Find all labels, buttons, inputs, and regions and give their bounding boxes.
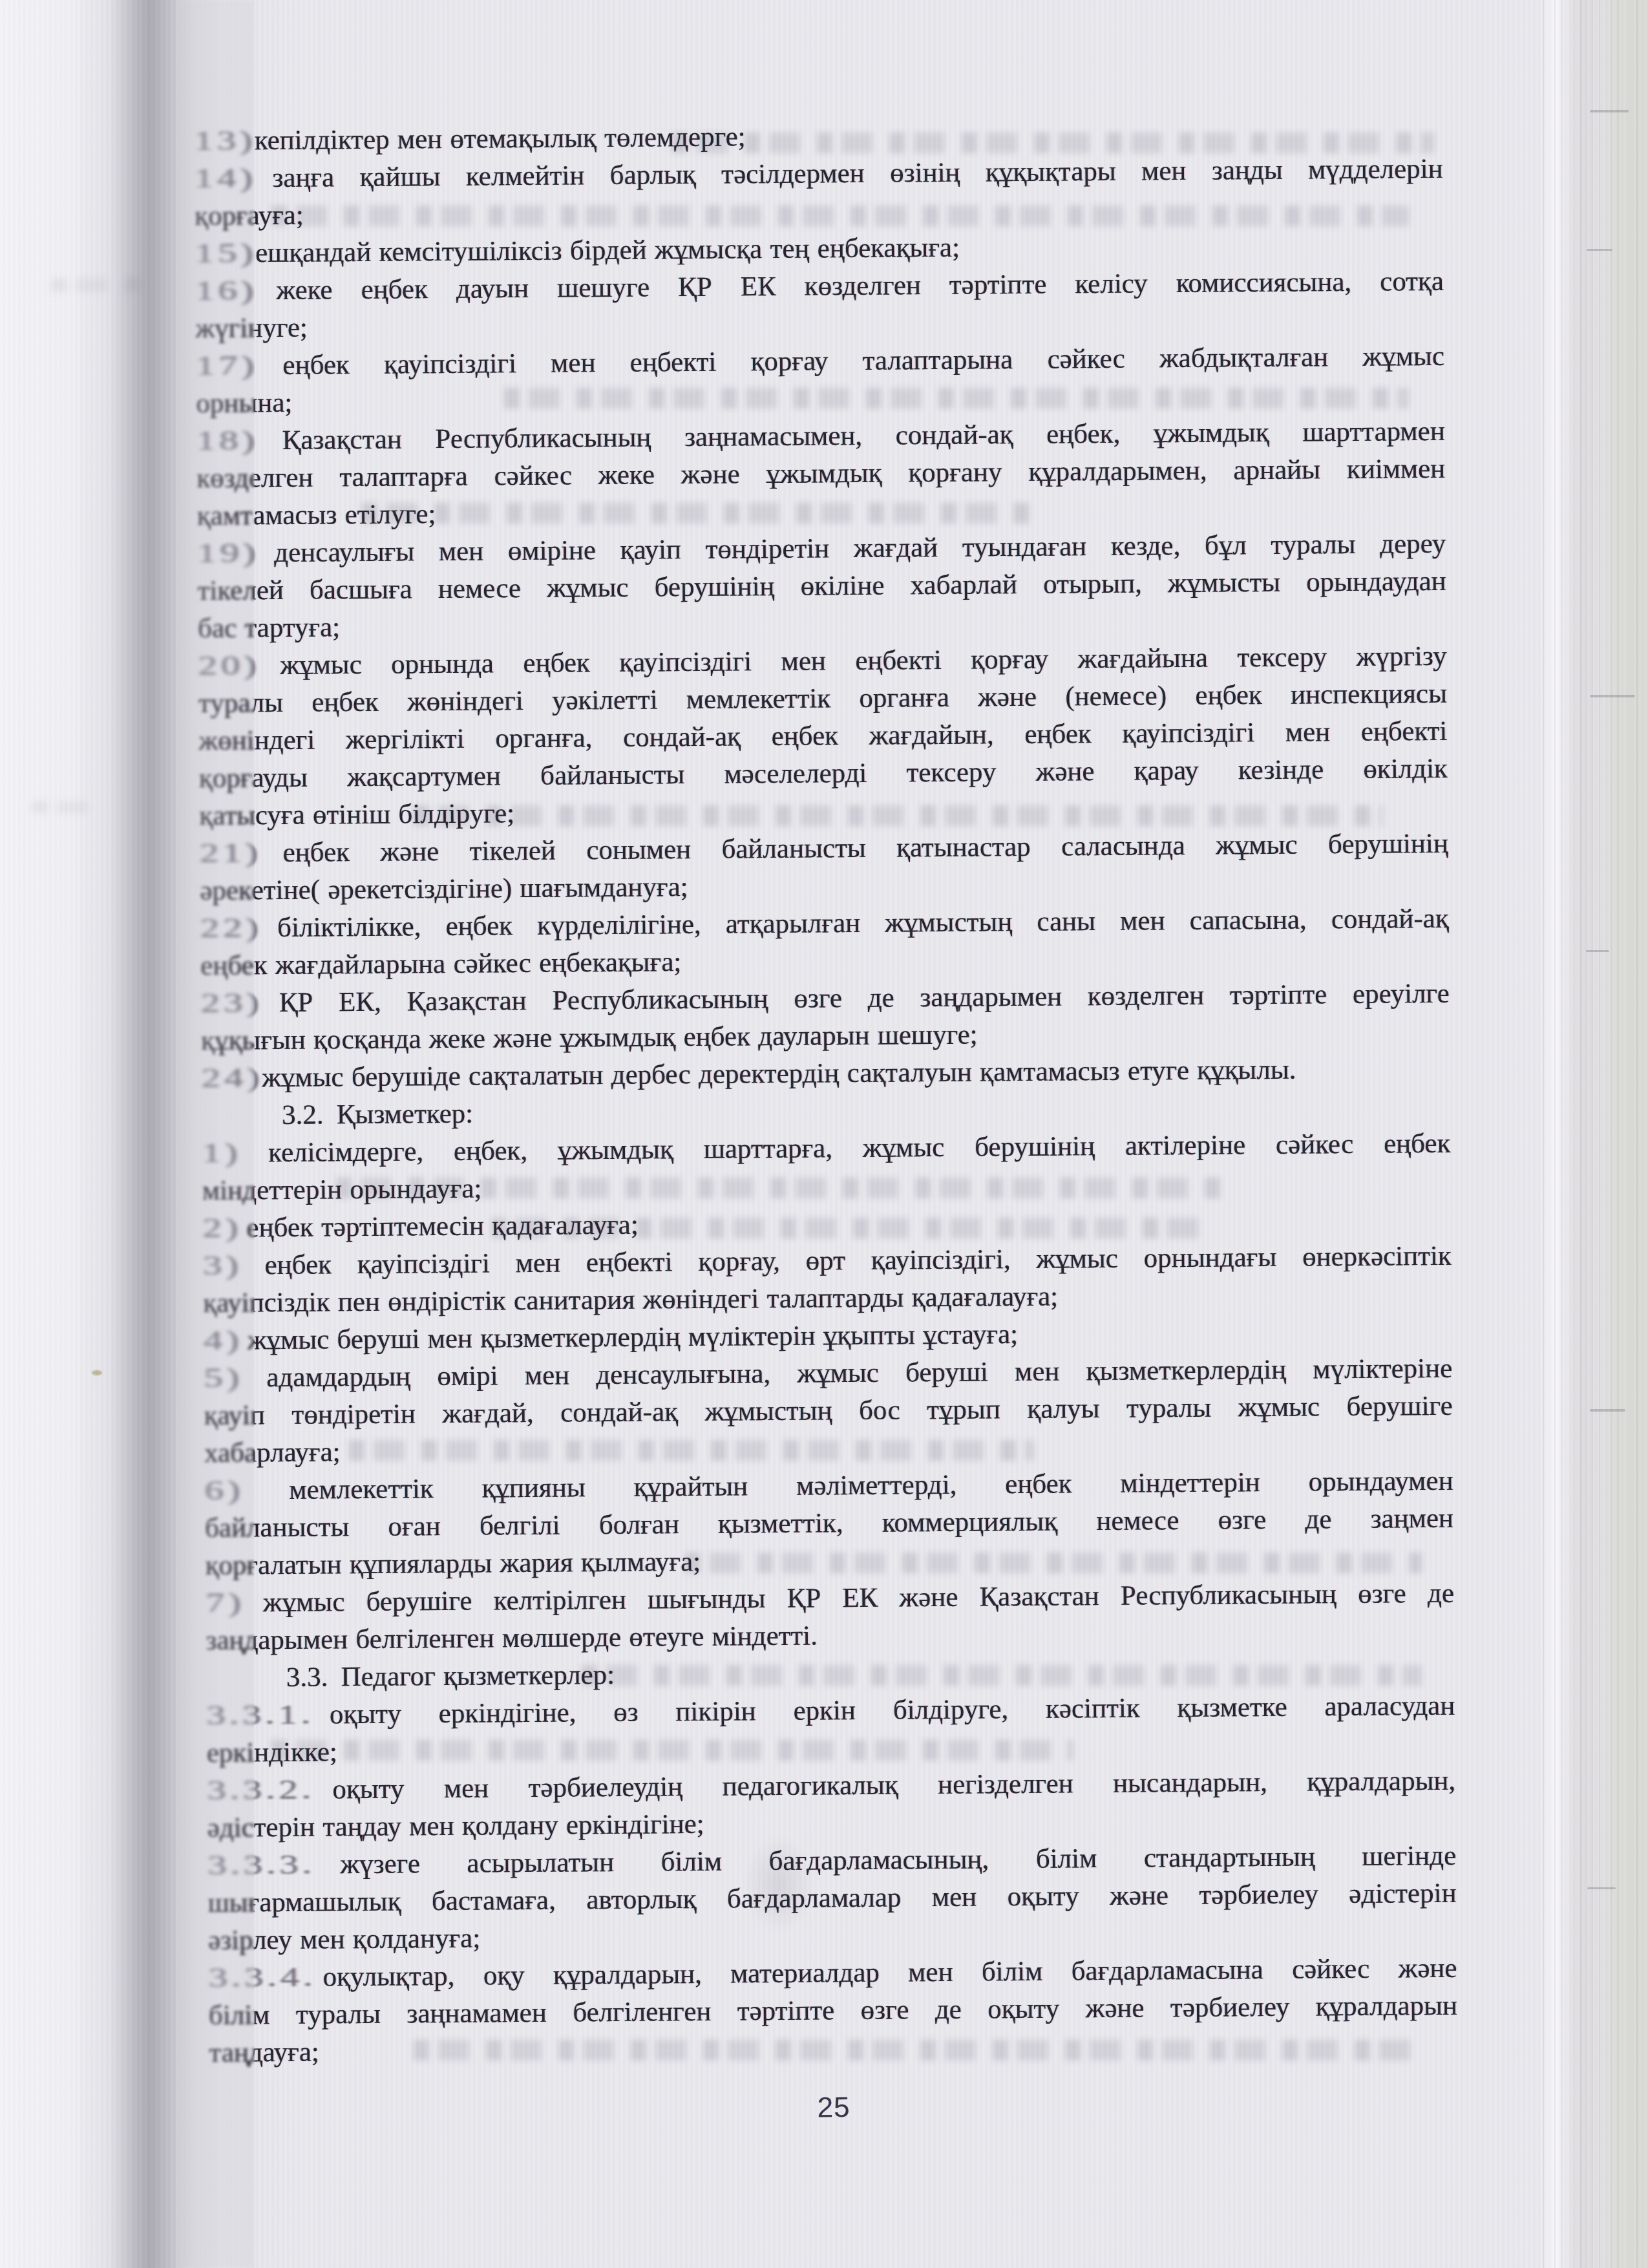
item-number: 3.3.2. bbox=[207, 1772, 315, 1810]
item-number: 7) bbox=[206, 1584, 245, 1622]
edge-scratch bbox=[1587, 1887, 1616, 1889]
item-number: 16) bbox=[195, 272, 257, 310]
list-item: 23) ҚР ЕК, Қазақстан Республикасының өзг… bbox=[200, 975, 1450, 1060]
edge-scratch bbox=[1590, 1409, 1625, 1412]
list-item: 3.3.2. оқыту мен тәрбиелеудің педагогика… bbox=[207, 1763, 1456, 1847]
item-number: 3.3. bbox=[246, 1659, 328, 1697]
item-number: 2) bbox=[202, 1209, 242, 1247]
list-item: 3.3.3. жүзеге асырылатын білім бағдарлам… bbox=[207, 1838, 1457, 1960]
list-item: 3) еңбек қауіпсіздігі мен еңбекті қорғау… bbox=[203, 1238, 1452, 1322]
item-number: 3.3.4. bbox=[208, 1959, 316, 1997]
list-item: 14) заңға қайшы келмейтін барлық тәсілде… bbox=[194, 151, 1443, 235]
item-number: 6) bbox=[204, 1472, 244, 1509]
list-item: 3.3.4. оқулықтар, оқу құралдарын, матери… bbox=[208, 1950, 1457, 2072]
item-number: 14) bbox=[194, 160, 256, 198]
item-number: 20) bbox=[198, 647, 260, 685]
item-number: 19) bbox=[197, 535, 259, 573]
list-item: 6) мемлекеттік құпияны құрайтын мәліметт… bbox=[204, 1463, 1453, 1585]
list-item: 21) еңбек және тікелей сонымен байланыст… bbox=[200, 825, 1449, 910]
book-pages-edge bbox=[1537, 0, 1648, 2268]
item-number: 5) bbox=[204, 1359, 243, 1397]
list-item: 20) жұмыс орнында еңбек қауіпсіздігі мен… bbox=[198, 638, 1448, 835]
item-number: 3.2. bbox=[242, 1096, 324, 1134]
list-item: 22) біліктілікке, еңбек күрделілігіне, а… bbox=[200, 900, 1450, 985]
item-number: 3.3.3. bbox=[207, 1847, 315, 1885]
paper-speck bbox=[92, 1370, 102, 1375]
list-item: 18) Қазақстан Республикасының заңнамасым… bbox=[196, 413, 1446, 535]
item-number: 22) bbox=[200, 909, 262, 948]
item-number: 3) bbox=[203, 1247, 242, 1284]
page-number: 25 bbox=[209, 2084, 1458, 2132]
item-number: 3.3.1. bbox=[206, 1697, 314, 1735]
edge-scratch bbox=[1590, 695, 1635, 697]
item-number: 4) bbox=[204, 1322, 243, 1359]
edge-scratch bbox=[1586, 950, 1609, 952]
item-number: 18) bbox=[196, 422, 259, 460]
list-item: 1) келісімдерге, еңбек, ұжымдық шарттарғ… bbox=[202, 1125, 1451, 1210]
edge-scratch bbox=[1590, 110, 1629, 112]
item-number: 17) bbox=[196, 347, 258, 385]
item-number: 23) bbox=[200, 984, 262, 1023]
list-item: 5) адамдардың өмірі мен денсаулығына, жұ… bbox=[204, 1350, 1453, 1472]
list-item: 17) еңбек қауіпсіздігі мен еңбекті қорға… bbox=[196, 338, 1445, 423]
item-number: 1) bbox=[202, 1134, 241, 1172]
edge-scratch bbox=[1587, 249, 1612, 251]
page-content: 13) кепілдіктер мен өтемақылық төлемдерг… bbox=[194, 113, 1458, 2132]
item-number: 15) bbox=[195, 235, 257, 273]
document-body: 13) кепілдіктер мен өтемақылық төлемдерг… bbox=[194, 113, 1458, 2072]
scanned-document-page: 13) кепілдіктер мен өтемақылық төлемдерг… bbox=[0, 0, 1648, 2268]
list-item: 3.3.1. оқыту еркіндігіне, өз пікірін ерк… bbox=[206, 1688, 1455, 1772]
item-number: 24) bbox=[201, 1059, 263, 1097]
list-item: 16) жеке еңбек дауын шешуге ҚР ЕК көздел… bbox=[195, 263, 1444, 348]
item-number: 13) bbox=[194, 122, 256, 160]
item-number: 21) bbox=[200, 834, 262, 873]
list-item: 7) жұмыс берушіге келтірілген шығынды ҚР… bbox=[206, 1575, 1455, 1660]
list-item: 19) денсаулығы мен өміріне қауіп төндіре… bbox=[197, 525, 1446, 648]
